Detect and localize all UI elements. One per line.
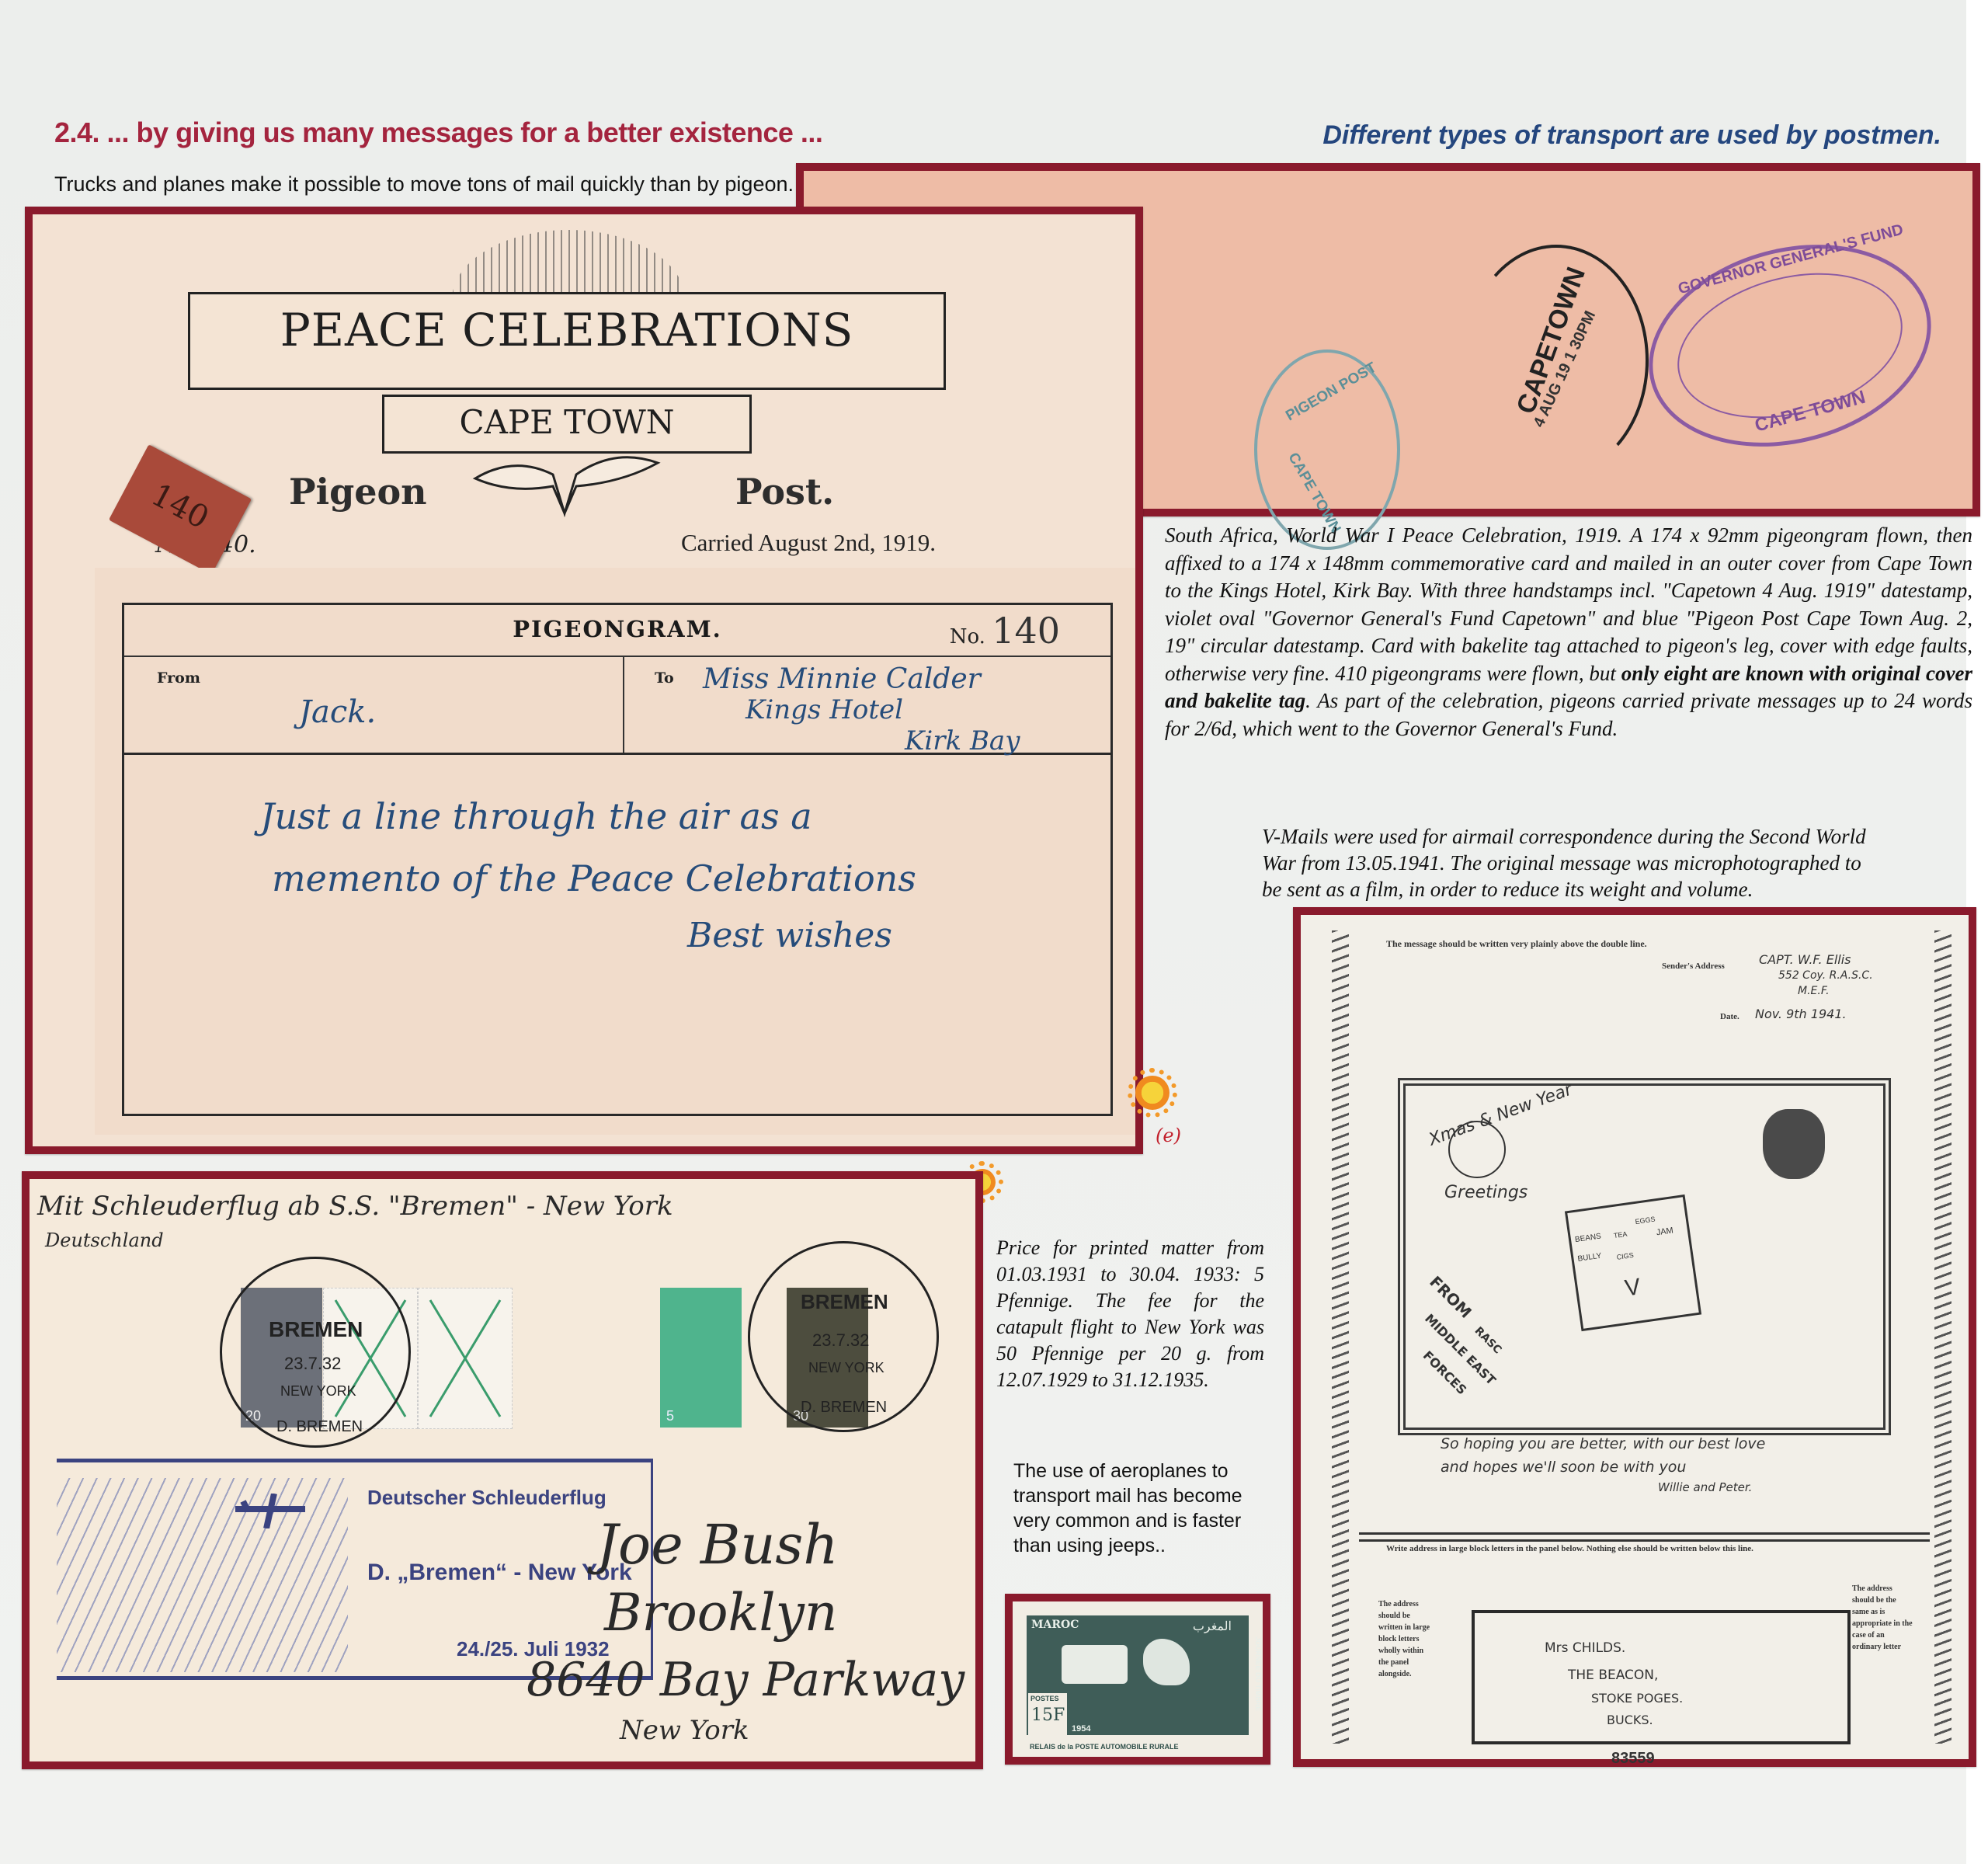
- governor-general-oval-stamp: GOVERNOR GENERAL'S FUND CAPE TOWN: [1626, 214, 1954, 476]
- section-title: 2.4. ... by giving us many messages for …: [54, 116, 822, 149]
- postmark-city: BREMEN: [269, 1317, 363, 1342]
- sunrise-rays: [452, 230, 685, 300]
- address-state: New York: [620, 1715, 749, 1746]
- capetown-datestamp: CAPETOWN 4 AUG 19 1 30PM: [1464, 245, 1649, 476]
- crate-beans: BEANS: [1574, 1232, 1601, 1244]
- middle-east-text: MIDDLE EAST: [1422, 1311, 1499, 1388]
- seepost-postmark-left: BREMEN 23.7.32 NEW YORK D. BREMEN: [220, 1257, 411, 1448]
- rasc-text: RASC: [1472, 1324, 1503, 1356]
- stamp-5pf: 5: [660, 1288, 742, 1428]
- vmail-note-line-2: War from 13.05.1941. The original messag…: [1262, 850, 1984, 876]
- postmark-dest: NEW YORK: [808, 1360, 885, 1376]
- handwritten-note: Mit Schleuderflug ab S.S. "Bremen" - New…: [37, 1191, 673, 1222]
- catapult-flight-card: Mit Schleuderflug ab S.S. "Bremen" - New…: [22, 1171, 983, 1769]
- address-line-1: Mrs CHILDS.: [1545, 1640, 1625, 1656]
- vmail-right-note: The address should be the same as is app…: [1852, 1583, 1914, 1653]
- pigeongram-number: No. 140: [950, 610, 1060, 652]
- number-value: 140: [992, 610, 1060, 652]
- vmail-instruction-top: The message should be written very plain…: [1386, 938, 1647, 950]
- right-heading: Different types of transport are used by…: [1322, 120, 1941, 151]
- vmail-message-2: and hopes we'll soon be with you: [1441, 1459, 1686, 1476]
- pigeongram-box: PIGEONGRAM. No. 140 From Jack. To Miss M…: [122, 603, 1113, 1116]
- to-line-1: Miss Minnie Calder: [703, 663, 981, 695]
- stamp-country: MAROC: [1031, 1619, 1079, 1631]
- message-line-3: Best wishes: [687, 916, 892, 955]
- address-line-3: STOKE POGES.: [1591, 1691, 1683, 1706]
- airplane-icon: [235, 1494, 305, 1528]
- maroc-stamp-mount: MAROC المغرب POSTES 15F 1954 JOURNEE DU …: [1005, 1594, 1270, 1765]
- maroc-stamp: MAROC المغرب POSTES 15F 1954 JOURNEE DU …: [1013, 1601, 1263, 1757]
- sender-line-1: CAPT. W.F. Ellis: [1759, 952, 1851, 967]
- banner-title: PEACE CELEBRATIONS: [190, 304, 944, 356]
- vmail-instruction-mid: Write address in large block letters in …: [1386, 1544, 1753, 1553]
- banner-city: CAPE TOWN: [384, 403, 749, 441]
- seepost-postmark-right: BREMEN 23.7.32 NEW YORK D. BREMEN: [748, 1241, 939, 1432]
- crate-eggs: EGGS: [1635, 1215, 1656, 1226]
- from-to-divider: [623, 656, 624, 753]
- crate-bully: BULLY: [1577, 1252, 1602, 1264]
- pigeon-post-text: PIGEON POST: [1283, 360, 1379, 426]
- pigeongram-description: South Africa, World War I Peace Celebrat…: [1165, 522, 1972, 742]
- right-border-stripe: [1934, 930, 1952, 1744]
- horse-icon: [1143, 1639, 1190, 1685]
- pigeongram-form: PIGEONGRAM. No. 140 From Jack. To Miss M…: [95, 568, 1135, 1135]
- stamp-value: 15F: [1031, 1706, 1065, 1725]
- stamp-postes: POSTES: [1030, 1695, 1059, 1702]
- vmail-note-line-1: V-Mails were used for airmail correspond…: [1262, 823, 1984, 850]
- supply-cart-icon: BEANS TEA EGGS JAM BULLY CIGS V: [1565, 1195, 1701, 1331]
- sender-line-3: M.E.F.: [1798, 985, 1830, 997]
- cross-label-2: [418, 1288, 513, 1429]
- green-cross-icon: [419, 1288, 512, 1428]
- number-prefix: No.: [950, 625, 985, 649]
- left-border-stripe: [1332, 930, 1349, 1744]
- cachet-line-1: Deutscher Schleuderflug: [367, 1486, 606, 1510]
- postmark-dest: NEW YORK: [280, 1383, 356, 1400]
- address-city: Brooklyn: [604, 1583, 837, 1643]
- sender-line-2: 552 Coy. R.A.S.C.: [1778, 969, 1873, 982]
- greeting-bottom: Greetings: [1444, 1183, 1527, 1202]
- date-label: Date.: [1720, 1012, 1739, 1021]
- sender-label: Sender's Address: [1662, 962, 1725, 971]
- from-label: From: [157, 669, 200, 687]
- section-subtitle: Trucks and planes make it possible to mo…: [54, 172, 794, 196]
- postmark-date: 23.7.32: [812, 1330, 869, 1351]
- stamp-value-5: 5: [666, 1408, 674, 1424]
- exhibit-page: 2.4. ... by giving us many messages for …: [0, 0, 1988, 1864]
- vmail-serial: 83559: [1611, 1750, 1655, 1768]
- crate-cigs: CIGS: [1616, 1251, 1634, 1261]
- smiling-sun-icon: [1448, 1121, 1506, 1178]
- rasc-badge-icon: [1763, 1109, 1825, 1179]
- vmail-note: V-Mails were used for airmail correspond…: [1262, 823, 1984, 902]
- double-line: [1359, 1532, 1930, 1542]
- pigeon-word: Pigeon: [289, 471, 427, 513]
- to-line-2: Kings Hotel: [745, 694, 903, 725]
- vmail-letter: The message should be written very plain…: [1293, 907, 1976, 1767]
- vmail-note-line-3: be sent as a film, in order to reduce it…: [1262, 876, 1984, 902]
- address-street: 8640 Bay Parkway: [527, 1653, 964, 1707]
- vmail-left-note: The address should be written in large b…: [1378, 1598, 1433, 1680]
- address-name: Joe Bush: [596, 1513, 838, 1577]
- stamp-design: MAROC المغرب POSTES 15F 1954 JOURNEE DU …: [1027, 1615, 1249, 1735]
- aeroplane-note: The use of aeroplanes to transport mail …: [1013, 1459, 1262, 1558]
- vmail-message-1: So hoping you are better, with our best …: [1441, 1435, 1765, 1452]
- address-panel: Mrs CHILDS. THE BEACON, STOKE POGES. BUC…: [1472, 1610, 1851, 1744]
- catapult-cachet: Deutscher Schleuderflug D. „Bremen“ - Ne…: [57, 1459, 653, 1680]
- address-line-4: BUCKS.: [1607, 1713, 1653, 1727]
- victory-mark: V: [1623, 1274, 1642, 1302]
- description-text: South Africa, World War I Peace Celebrat…: [1165, 523, 1972, 685]
- pigeon-post-handstamp: PIGEON POST CAPE TOWN: [1254, 349, 1400, 550]
- dove-icon: [467, 440, 662, 517]
- crate-jam: JAM: [1656, 1226, 1673, 1237]
- peace-celebrations-card: PEACE CELEBRATIONS CAPE TOWN Pigeon Post…: [25, 207, 1143, 1154]
- address-line-2: THE BEACON,: [1568, 1668, 1658, 1683]
- peace-banner: PEACE CELEBRATIONS: [188, 292, 946, 390]
- message-line-1: Just a line through the air as a: [260, 795, 812, 837]
- postmark-date: 23.7.32: [284, 1354, 341, 1374]
- price-note: Price for printed matter from 01.03.1931…: [996, 1235, 1264, 1393]
- jeep-icon: [1062, 1645, 1128, 1684]
- to-label: To: [655, 669, 674, 687]
- to-line-3: Kirk Bay: [905, 725, 1020, 756]
- marker-label: (e): [1156, 1125, 1181, 1146]
- cachet-line-2: D. „Bremen“ - New York: [367, 1560, 632, 1586]
- handwritten-note-2: Deutschland: [45, 1229, 164, 1251]
- postmark-ship: D. BREMEN: [276, 1418, 363, 1436]
- value-panel: POSTES 15F: [1028, 1693, 1067, 1736]
- card-paper: PEACE CELEBRATIONS CAPE TOWN Pigeon Post…: [33, 214, 1135, 1146]
- vmail-message-3: Willie and Peter.: [1658, 1480, 1752, 1494]
- pigeongram-header: PIGEONGRAM. No. 140: [124, 605, 1110, 657]
- tag-number: 140: [145, 477, 214, 536]
- gcard-paper: Mit Schleuderflug ab S.S. "Bremen" - New…: [30, 1179, 975, 1761]
- date-value: Nov. 9th 1941.: [1755, 1007, 1847, 1021]
- stamp-year: 1954: [1072, 1724, 1090, 1734]
- sun-icon: [1135, 1076, 1170, 1110]
- postmark-city: BREMEN: [801, 1290, 888, 1314]
- crate-tea: TEA: [1613, 1230, 1628, 1240]
- from-value: Jack.: [299, 694, 376, 730]
- post-word: Post.: [735, 471, 834, 513]
- stamp-arabic: المغرب: [1193, 1619, 1232, 1634]
- vmail-paper: The message should be written very plain…: [1301, 915, 1969, 1759]
- stamp-caption: RELAIS de la POSTE AUTOMOBILE RURALE: [1030, 1743, 1179, 1751]
- postmark-ship: D. BREMEN: [801, 1399, 887, 1417]
- carried-date: Carried August 2nd, 1919.: [681, 529, 936, 557]
- stamp-side-text: JOURNEE DU TIMBRE: [1254, 1636, 1262, 1711]
- from-to-row: From Jack. To Miss Minnie Calder Kings H…: [124, 656, 1110, 755]
- greeting-drawing-frame: Xmas & New Year Greetings BEANS TEA EGGS…: [1398, 1078, 1891, 1435]
- message-line-2: memento of the Peace Celebrations: [272, 857, 916, 899]
